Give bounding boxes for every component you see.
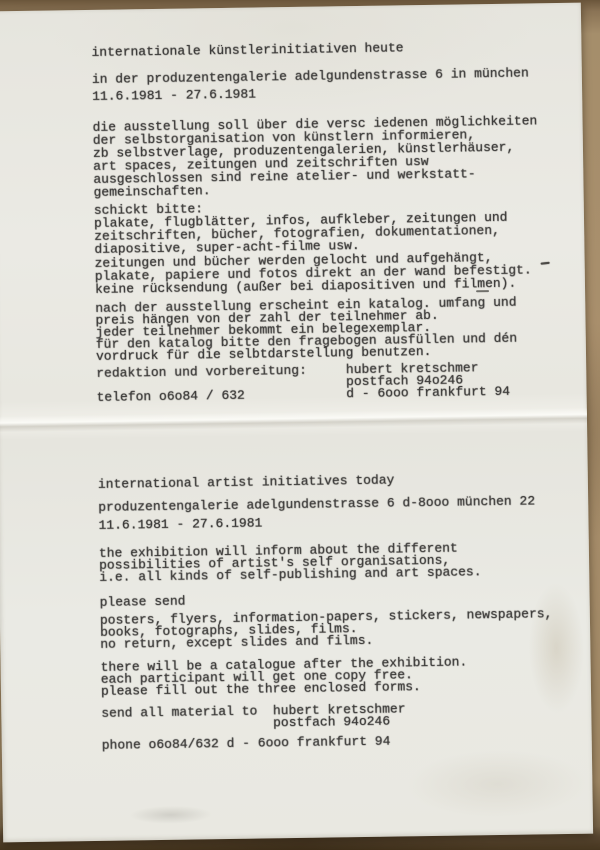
german-display-paragraph: zeitungen und bücher werden gelocht und …: [95, 251, 532, 296]
paper-sheet: internationale künstlerinitiativen heute…: [0, 3, 593, 843]
text-line: please fill out the three enclosed forms…: [101, 680, 468, 697]
english-date-line: 11.6.1981 - 27.6.1981: [98, 515, 262, 532]
german-intro-paragraph: die ausstellung soll über die versc iede…: [93, 115, 539, 199]
text-line: keine rücksendung (außer bei diapositive…: [95, 277, 532, 296]
text-line: i.e. all kinds of self-publishing and ar…: [99, 566, 481, 584]
german-date-line: 11.6.1981 - 27.6.1981: [92, 86, 256, 103]
text-line: telefon o6o84 / 632 d - 6ooo frankfurt 9…: [97, 386, 511, 404]
german-venue-line: in der produzentengalerie adelgundenstra…: [92, 65, 529, 86]
english-title: international artist initiatives today: [98, 472, 395, 491]
english-venue-line: produzentengalerie adelgundenstrasse 6 d…: [98, 493, 535, 514]
english-catalog-paragraph: there will be a catalogue after the exhi…: [101, 656, 468, 697]
handwritten-dash-mark: [541, 262, 550, 265]
german-catalog-paragraph: nach der ausstellung erscheint ein katal…: [95, 297, 517, 363]
english-phone-line: phone o6o84/632 d - 6ooo frankfurt 94: [102, 734, 391, 753]
photo-of-document: internationale künstlerinitiativen heute…: [0, 0, 600, 850]
english-send-heading: please send: [100, 594, 186, 610]
english-contact-block: send all material to hubert kretschmer p…: [101, 703, 406, 732]
text-line: postfach 94o246: [101, 716, 405, 733]
fold-crease: [0, 408, 587, 433]
english-intro-paragraph: the exhibition will inform about the dif…: [99, 542, 482, 584]
stray-underline-mark: [476, 290, 489, 292]
german-title: internationale künstlerinitiativen heute: [91, 40, 403, 60]
german-contact-block: redaktion und vorbereitung: hubert krets…: [96, 362, 510, 405]
english-items-paragraph: posters, flyers, information-papers, sti…: [100, 608, 553, 650]
